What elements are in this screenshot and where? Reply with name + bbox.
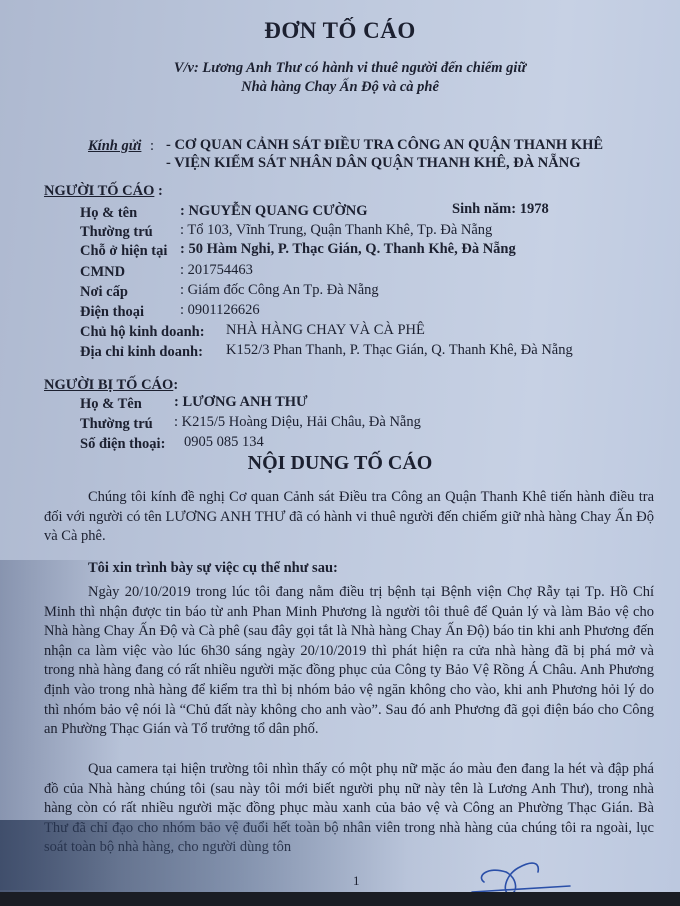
accused-value-name: : LƯƠNG ANH THƯ (174, 394, 308, 411)
recipient-procuracy: - VIỆN KIỂM SÁT NHÂN DÂN QUẬN THANH KHÊ,… (166, 155, 581, 172)
lead-in: Tôi xin trình bày sự việc cụ thể như sau… (88, 560, 338, 577)
field-value-phone: : 0901126626 (180, 302, 260, 319)
field-label-business-owner: Chủ hộ kinh doanh: (80, 324, 205, 341)
content-heading: NỘI DUNG TỐ CÁO (0, 452, 680, 475)
field-label-current-address: Chỗ ở hiện tại (80, 243, 167, 260)
field-label-id: CMND (80, 264, 125, 281)
accused-label-residence: Thường trú (80, 416, 153, 433)
field-value-issued-by: : Giám đốc Công An Tp. Đà Nẵng (180, 282, 379, 299)
field-value-residence: : Tổ 103, Vĩnh Trung, Quận Thanh Khê, Tp… (180, 222, 492, 239)
page-number: 1 (353, 873, 360, 889)
paragraph-1: Ngày 20/10/2019 trong lúc tôi đang nằm đ… (44, 583, 654, 740)
field-label-phone: Điện thoại (80, 304, 144, 321)
field-label-name: Họ & tên (80, 205, 137, 222)
accused-value-residence: : K215/5 Hoàng Diệu, Hải Châu, Đà Nẵng (174, 414, 421, 431)
field-label-residence: Thường trú (80, 224, 153, 241)
field-value-id: : 201754463 (180, 262, 253, 279)
recipient-police: - CƠ QUAN CẢNH SÁT ĐIỀU TRA CÔNG AN QUẬN… (166, 137, 603, 154)
accused-value-phone: 0905 085 134 (184, 434, 264, 451)
shadow-overlay-bottom (0, 820, 680, 892)
field-value-current-address: : 50 Hàm Nghi, P. Thạc Gián, Q. Thanh Kh… (180, 241, 516, 258)
field-value-name: : NGUYỄN QUANG CƯỜNG (180, 203, 368, 220)
addressee-colon: : (150, 138, 154, 155)
page-edge-background (0, 892, 680, 906)
subject-line-1: V/v: Lương Anh Thư có hành vi thuê người… (10, 60, 680, 77)
birth-year: Sinh năm: 1978 (452, 201, 549, 218)
addressee-label: Kính gửi (88, 138, 141, 155)
complainant-heading: NGƯỜI TỐ CÁO : (44, 183, 163, 200)
field-value-business-owner: NHÀ HÀNG CHAY VÀ CÀ PHÊ (226, 322, 425, 339)
accused-label-phone: Số điện thoại: (80, 436, 165, 453)
field-label-issued-by: Nơi cấp (80, 284, 128, 301)
subject-line-2: Nhà hàng Chay Ấn Độ và cà phê (0, 79, 680, 96)
intro-paragraph: Chúng tôi kính đề nghị Cơ quan Cảnh sát … (44, 488, 654, 547)
document-title: ĐƠN TỐ CÁO (0, 18, 680, 44)
field-label-business-address: Địa chỉ kinh doanh: (80, 344, 203, 361)
accused-heading: NGƯỜI BỊ TỐ CÁO: (44, 377, 178, 394)
field-value-business-address: K152/3 Phan Thanh, P. Thạc Gián, Q. Than… (226, 342, 573, 359)
accused-label-name: Họ & Tên (80, 396, 142, 413)
